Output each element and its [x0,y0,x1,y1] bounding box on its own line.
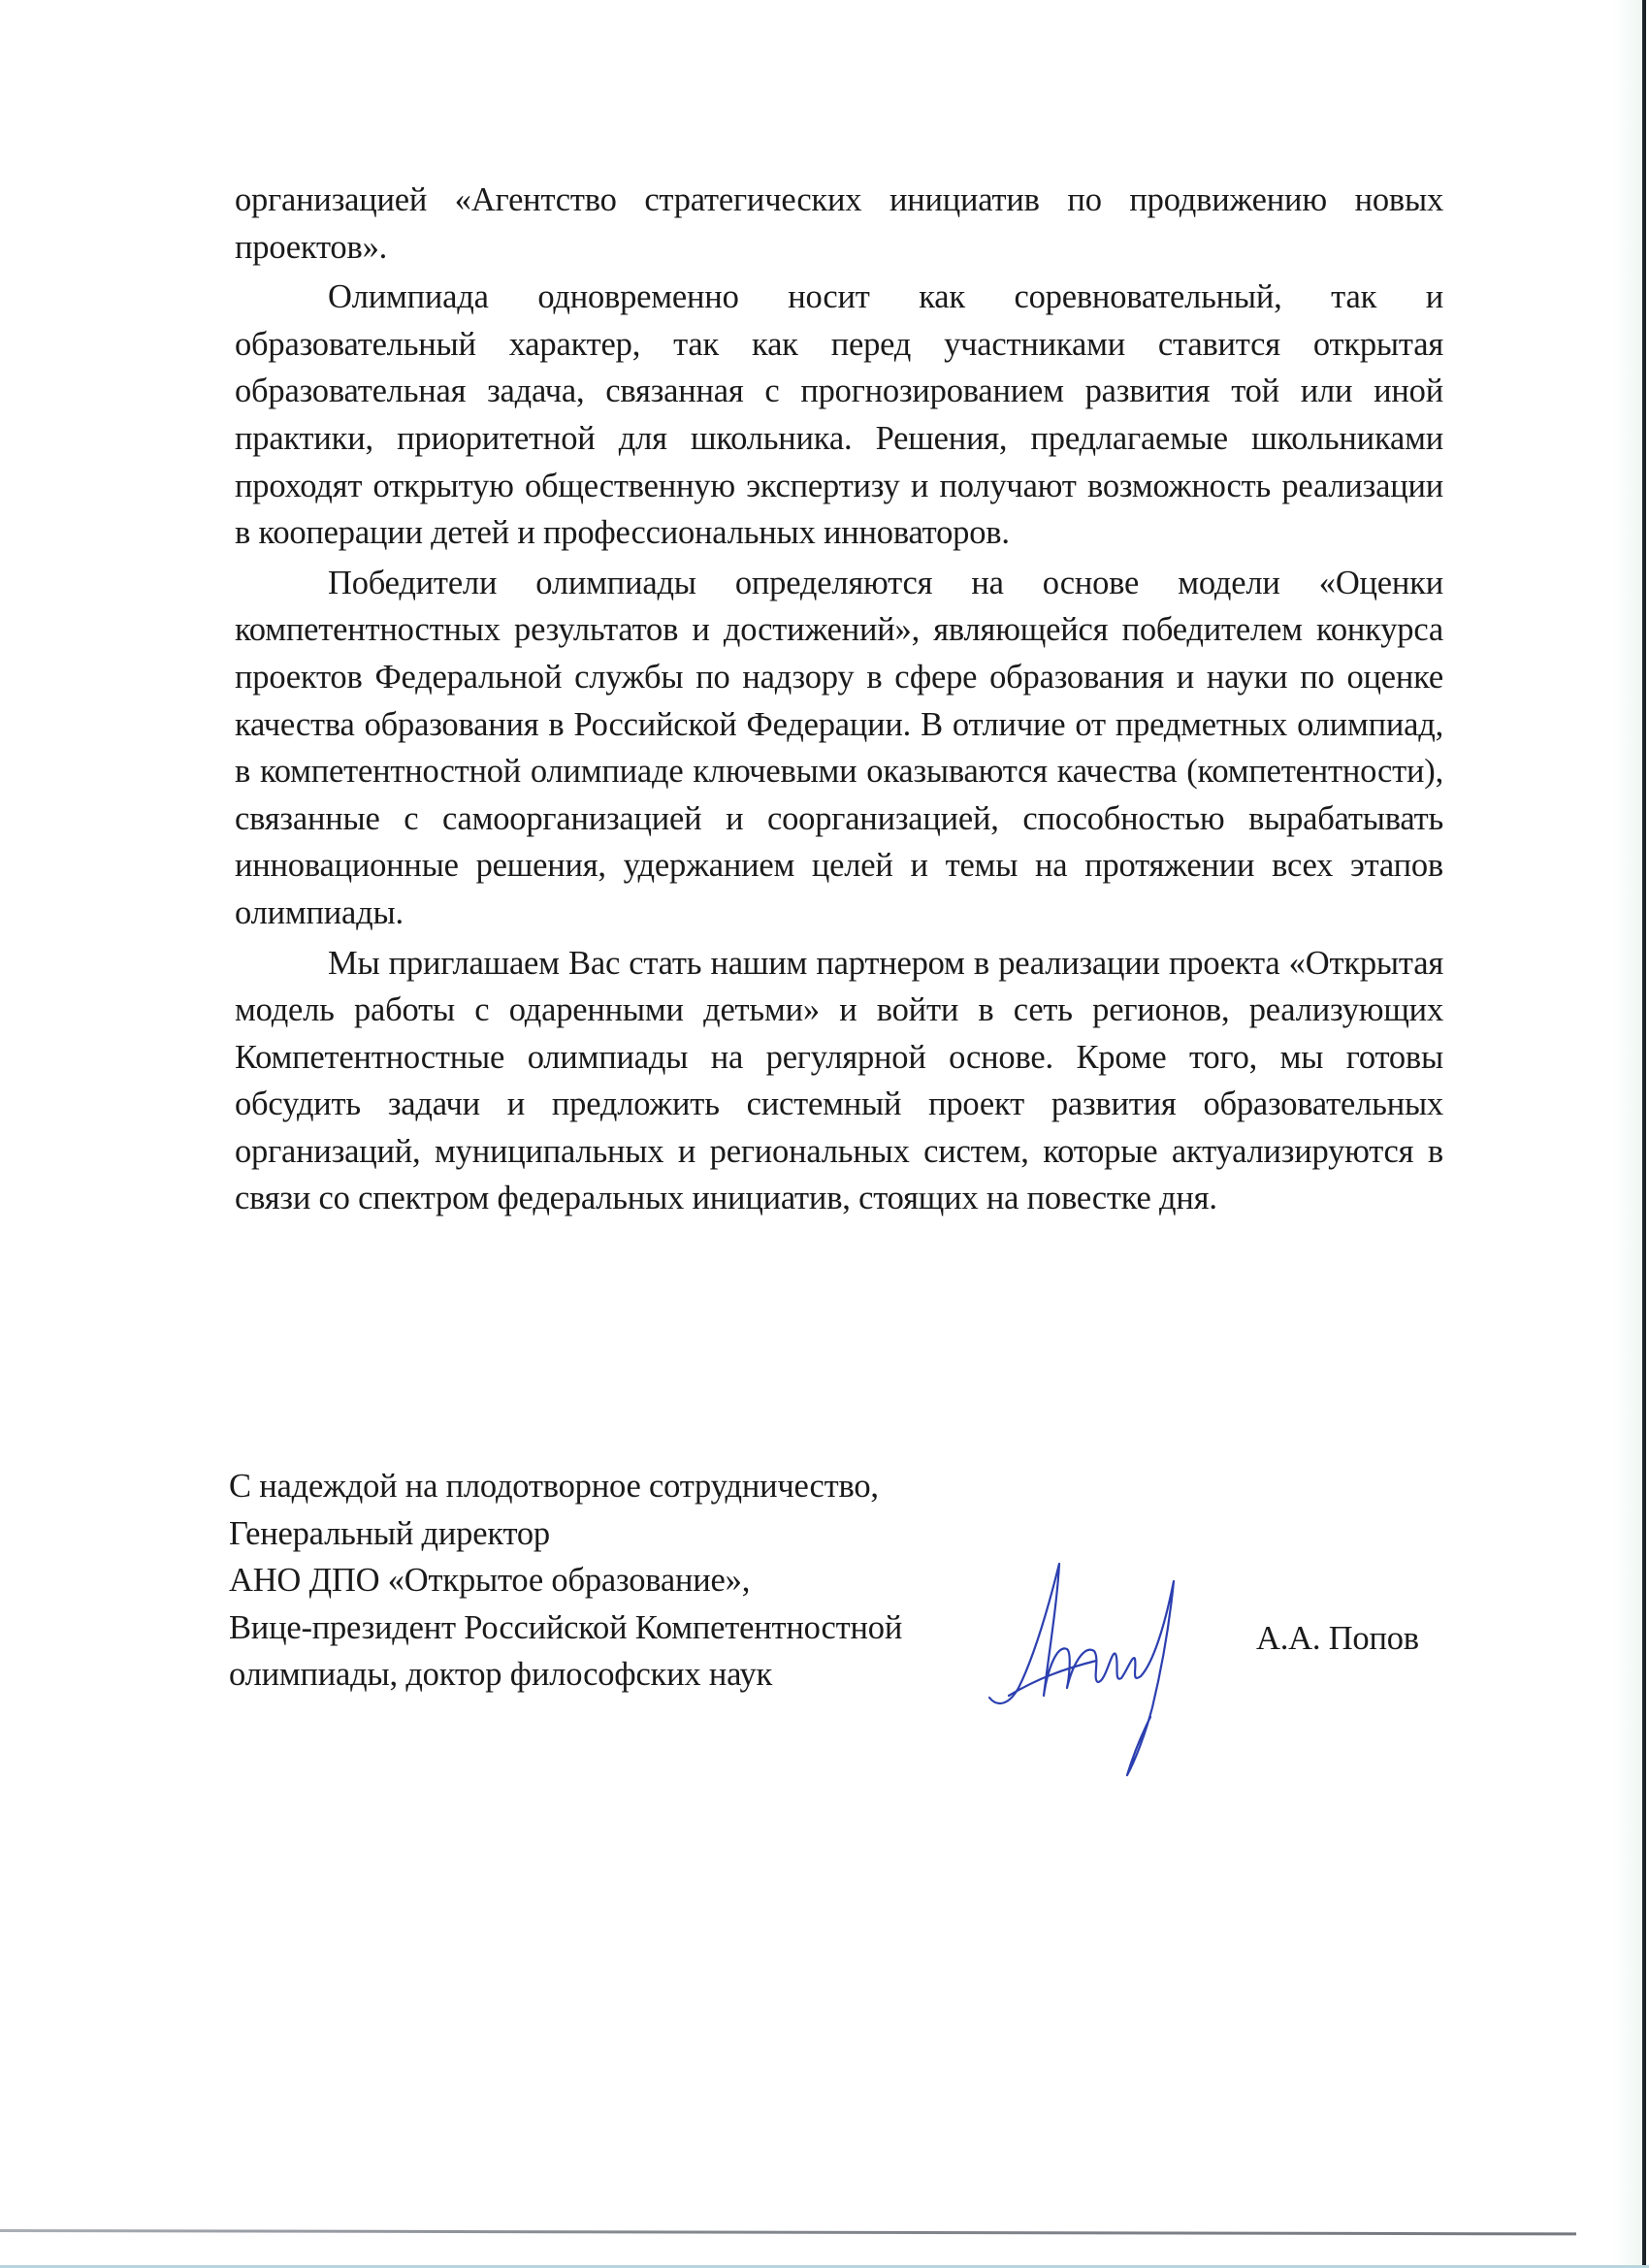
scan-edge-shading [1613,0,1642,2268]
closing-salutation: С надеждой на плодотворное сотрудничеств… [229,1463,902,1510]
paragraph-invitation: Мы приглашаем Вас стать нашим партнером … [235,940,1443,1223]
paragraph-olympiad-character: Олимпиада одновременно носит как соревно… [235,274,1443,557]
paragraph-winners: Победители олимпиады определяются на осн… [235,560,1443,937]
signatory-position: Вице-президент Российской Компетентностн… [229,1604,902,1652]
signatory-organization: АНО ДПО «Открытое образование», [229,1557,902,1604]
closing-block: С надеждой на плодотворное сотрудничеств… [229,1463,902,1699]
handwritten-signature-icon [980,1552,1251,1785]
scan-bottom-line [0,2229,1576,2235]
signatory-degree: олимпиады, доктор философских наук [229,1651,902,1699]
signatory-name: А.А. Попов [1256,1620,1419,1658]
letter-body: организацией «Агентство стратегических и… [235,177,1443,1222]
signatory-title: Генеральный директор [229,1510,902,1558]
paragraph-continuation: организацией «Агентство стратегических и… [235,177,1443,271]
scan-right-border [1642,0,1646,2268]
scanned-letter-page: организацией «Агентство стратегических и… [0,0,1649,2268]
